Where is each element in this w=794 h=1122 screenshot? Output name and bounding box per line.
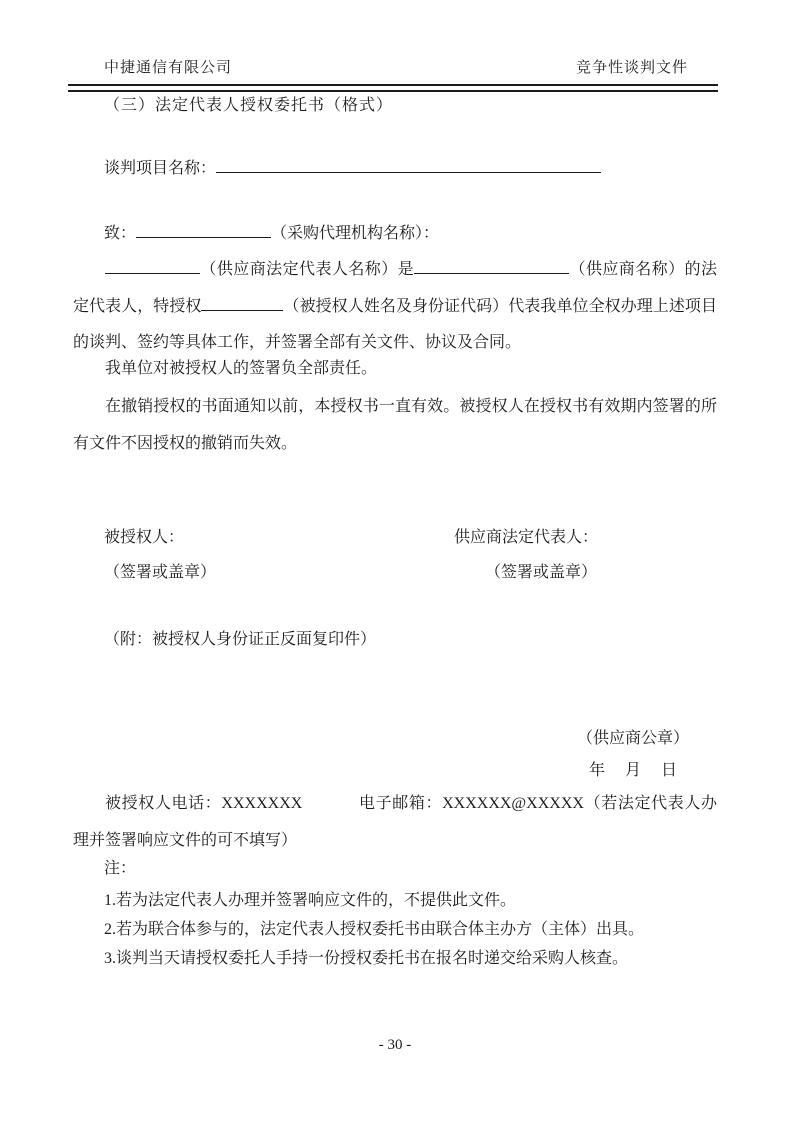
attorney-name-blank: [201, 306, 283, 311]
legal-rep-name-blank: [105, 269, 200, 274]
email-value: XXXXXX@XXXXX: [442, 795, 584, 812]
notes-list: 1.若为法定代表人办理并签署响应文件的，不提供此文件。 2.若为联合体参与的，法…: [73, 886, 748, 973]
notes-heading: 注：: [73, 854, 748, 884]
supplier-name-blank: [414, 269, 569, 274]
addressee-blank: [136, 233, 271, 238]
phone-label: 被授权人电话：: [105, 795, 221, 812]
responsibility-text: 我单位对被授权人的签署负全部责任。: [73, 351, 717, 388]
note-item-1: 1.若为法定代表人办理并签署响应文件的，不提供此文件。: [104, 886, 748, 915]
legal-rep-sign-hint: （签署或盖章）: [485, 555, 597, 592]
header-double-rule: [68, 84, 718, 92]
addressee-row: 致：（采购代理机构名称）：: [73, 221, 748, 247]
phone-value: XXXXXXX: [221, 795, 302, 812]
attorney-sign-hint: （签署或盖章）: [104, 555, 216, 592]
section-title: （三）法定代表人授权委托书（格式）: [73, 94, 748, 118]
contact-line: 被授权人电话：XXXXXXX电子邮箱：XXXXXX@XXXXX（若法定代表人办理…: [73, 786, 717, 859]
page-header: 中捷通信有限公司 竞争性谈判文件: [68, 0, 718, 92]
note-item-3: 3.谈判当天请授权委托人手持一份授权委托书在报名时递交给采购人核查。: [104, 944, 748, 973]
authorization-seg1: （供应商法定代表人名称）是: [200, 261, 414, 278]
attorney-label: 被授权人：: [104, 520, 184, 557]
project-name-blank: [216, 168, 601, 173]
validity-text: 在撤销授权的书面通知以前，本授权书一直有效。被授权人在授权书有效期内签署的所有文…: [73, 389, 717, 462]
note-item-2: 2.若为联合体参与的，法定代表人授权委托书由联合体主办方（主体）出具。: [104, 915, 748, 944]
header-doc-type: 竞争性谈判文件: [576, 58, 688, 78]
header-company-name: 中捷通信有限公司: [104, 58, 232, 78]
authorization-paragraph: （供应商法定代表人名称）是（供应商名称）的法定代表人，特授权（被授权人姓名及身份…: [73, 252, 717, 362]
page-number: - 30 -: [73, 1034, 717, 1056]
attachment-note: （附：被授权人身份证正反面复印件）: [73, 622, 748, 659]
addressee-prefix: 致：: [104, 225, 136, 242]
document-page: 中捷通信有限公司 竞争性谈判文件 （三）法定代表人授权委托书（格式） 谈判项目名…: [0, 0, 794, 1122]
legal-rep-label: 供应商法定代表人：: [454, 520, 598, 557]
addressee-suffix: （采购代理机构名称）：: [271, 225, 439, 242]
date-line: 年 月 日: [73, 753, 717, 790]
email-label: 电子邮箱：: [358, 795, 442, 812]
project-name-row: 谈判项目名称：: [73, 156, 748, 182]
project-name-label: 谈判项目名称：: [104, 160, 216, 177]
